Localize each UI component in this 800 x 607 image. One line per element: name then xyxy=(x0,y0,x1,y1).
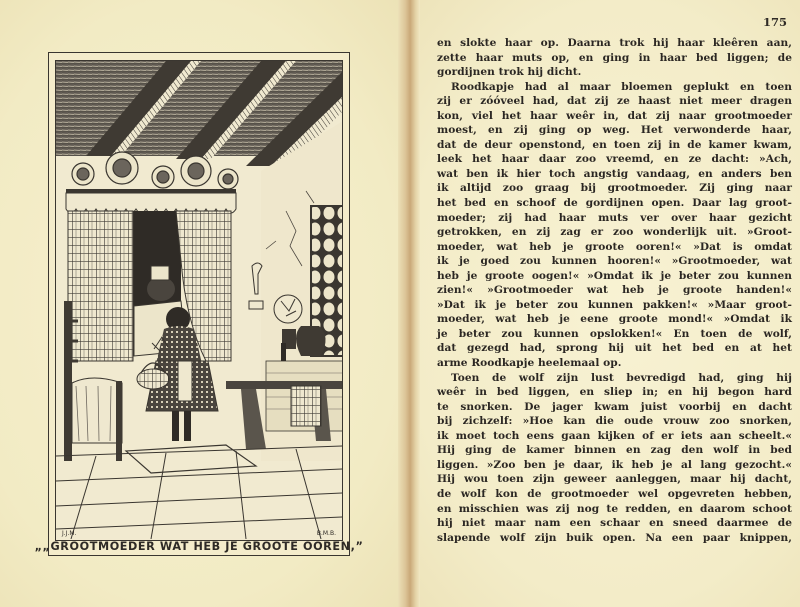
text-line: leek het haar daar zoo vreemd, en ze dac… xyxy=(437,152,792,167)
book-spread: J.J.M. B.M.B. „„GROOTMOEDER WAT HEB JE G… xyxy=(0,0,800,607)
artist-signature-right: B.M.B. xyxy=(317,530,336,537)
text-line: slapende wolf zijn buik open. Na een paa… xyxy=(437,531,792,546)
illustration-caption: „„GROOTMOEDER WAT HEB JE GROOTE OOREN,” xyxy=(49,538,349,555)
text-line: bij zichzelf: »Hoe kan die oude vrouw zo… xyxy=(437,414,792,429)
text-line: moest, en zij ging op weg. Het verwonder… xyxy=(437,123,792,138)
text-line: je beter zou kunnen opslokken!« En toen … xyxy=(437,327,792,342)
text-line: getrokken, en zij zag er zoo wonderlijk … xyxy=(437,225,792,240)
text-line: gordijnen trok hij dicht. xyxy=(437,65,792,80)
text-line: wat ben ik hier toch angstig vandaag, en… xyxy=(437,167,792,182)
left-page: J.J.M. B.M.B. „„GROOTMOEDER WAT HEB JE G… xyxy=(0,0,405,607)
artist-signature-left: J.J.M. xyxy=(62,530,76,537)
red-riding-hood-illustration-icon xyxy=(56,61,343,539)
text-line: heb je groote oogen!« »Omdat ik je beter… xyxy=(437,269,792,284)
text-line: Roodkapje had al maar bloemen geplukt en… xyxy=(437,80,792,95)
text-line: zij er zóóveel had, dat zij ze haast nie… xyxy=(437,94,792,109)
text-line: Toen de wolf zijn lust bevredigd had, gi… xyxy=(437,371,792,386)
text-line: moeder, wat heb je groote ooren!« »Dat i… xyxy=(437,240,792,255)
text-line: ik altijd zoo graag bij grootmoeder. Zij… xyxy=(437,181,792,196)
body-text: en slokte haar op. Daarna trok hij haar … xyxy=(437,36,792,545)
text-line: de wolf kon de grootmoeder wel opgevrete… xyxy=(437,487,792,502)
page-number: 175 xyxy=(763,15,787,29)
text-line: ik je goed zou kunnen hooren!« »Grootmoe… xyxy=(437,254,792,269)
text-line: Hij ging de kamer binnen en zag den wolf… xyxy=(437,443,792,458)
text-line: het bed en schoof de gordijnen open. Daa… xyxy=(437,196,792,211)
right-page: 175 en slokte haar op. Daarna trok hij h… xyxy=(405,0,800,607)
text-line: te snorken. De jager kwam juist voorbij … xyxy=(437,400,792,415)
text-line: en misschien was zij nog te redden, en d… xyxy=(437,502,792,517)
text-line: liggen. »Zoo ben je daar, ik heb je al l… xyxy=(437,458,792,473)
text-line: zette haar muts op, en ging in haar bed … xyxy=(437,51,792,66)
text-line: Hij wou toen zijn geweer aanleggen, maar… xyxy=(437,472,792,487)
text-line: arme Roodkapje heelemaal op. xyxy=(437,356,792,371)
text-line: en slokte haar op. Daarna trok hij haar … xyxy=(437,36,792,51)
text-line: hij niet maar nam een schaar en sneed da… xyxy=(437,516,792,531)
text-line: moeder; zij had haar muts ver over haar … xyxy=(437,211,792,226)
text-line: »Dat ik je beter zou kunnen pakken!« »Ma… xyxy=(437,298,792,313)
text-line: dat gezegd had, sprong hij uit het bed e… xyxy=(437,341,792,356)
text-line: weêr in bed liggen, en sliep in; en hij … xyxy=(437,385,792,400)
illustration-image: J.J.M. B.M.B. xyxy=(55,60,343,541)
book-gutter xyxy=(398,0,420,607)
text-line: kon, viel het haar weêr in, dat zij naar… xyxy=(437,109,792,124)
text-line: moeder, wat heb je eene groote mond!« »O… xyxy=(437,312,792,327)
text-line: dat de deur openstond, en toen zij in de… xyxy=(437,138,792,153)
text-line: zien!« »Grootmoeder wat heb je groote ha… xyxy=(437,283,792,298)
illustration-plate: J.J.M. B.M.B. „„GROOTMOEDER WAT HEB JE G… xyxy=(48,52,350,556)
text-line: ik moet toch eens gaan kijken of er iets… xyxy=(437,429,792,444)
